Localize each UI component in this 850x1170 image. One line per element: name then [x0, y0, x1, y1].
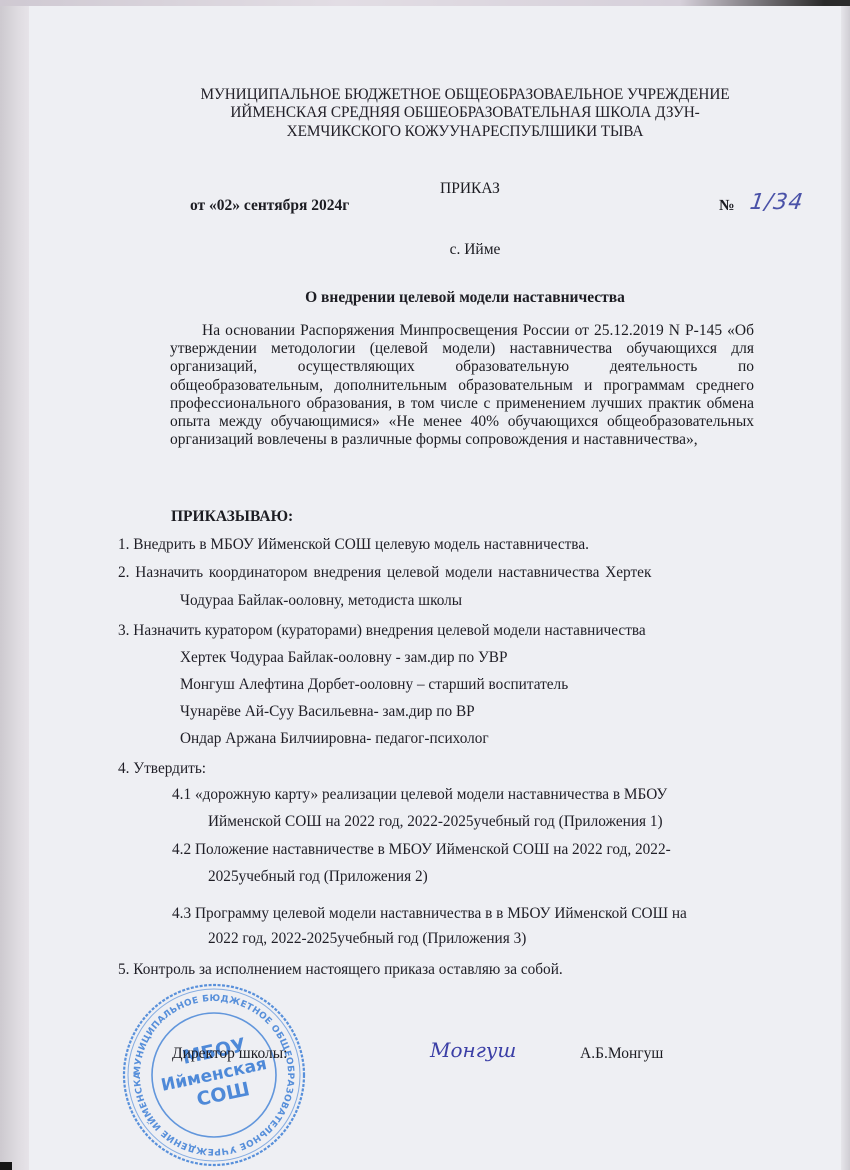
- order-item-5: 5. Контроль за исполнением настоящего пр…: [118, 961, 563, 979]
- curator-3: Чунарёве Ай-Суу Васильевна- зам.дир по В…: [180, 703, 475, 721]
- preamble-paragraph: На основании Распоряжения Минпросвещения…: [170, 322, 754, 449]
- signatory-name: А.Б.Монгуш: [580, 1045, 663, 1063]
- institution-header-line-1: МУНИЦИПАЛЬНОЕ БЮДЖЕТНОЕ ОБЩЕОБРАЗОВАЕЛЬН…: [120, 86, 810, 104]
- signatory-position: Директор школы:: [172, 1045, 287, 1063]
- scan-left-edge: [0, 6, 29, 1170]
- order-item-4-3-continued: 2022 год, 2022-2025учебный год (Приложен…: [208, 930, 526, 948]
- order-item-4-3: 4.3 Программу целевой модели наставничес…: [172, 905, 687, 923]
- institution-header-line-2: ИЙМЕНСКАЯ СРЕДНЯЯ ОБШЕОБРАЗОВАТЕЛЬНАЯ ШК…: [120, 104, 810, 122]
- order-number-label: №: [719, 197, 735, 215]
- curator-2: Монгуш Алефтина Дорбет-ооловну – старший…: [180, 676, 568, 694]
- curator-1: Хертек Чодураа Байлак-ооловну - зам.дир …: [180, 649, 508, 667]
- order-place: с. Ийме: [380, 241, 570, 259]
- order-item-4-1: 4.1 «дорожную карту» реализации целевой …: [172, 786, 667, 804]
- order-item-4-1-continued: Ийменской СОШ на 2022 год, 2022-2025учеб…: [208, 813, 663, 831]
- order-directive-heading: ПРИКАЗЫВАЮ:: [171, 508, 293, 526]
- institution-header-line-3: ХЕМЧИКСКОГО КОЖУУНАРЕСПУБЛШИКИ ТЫВА: [120, 123, 810, 141]
- order-item-4-2-continued: 2025учебный год (Приложения 2): [208, 868, 428, 886]
- order-item-2: 2. Назначить координатором внедрения цел…: [118, 564, 651, 582]
- order-subject: О внедрении целевой модели наставничеств…: [250, 289, 680, 307]
- curator-4: Ондар Аржана Билчиировна- педагог-психол…: [180, 730, 489, 748]
- order-item-2-continued: Чодураа Байлак-ооловну, методиста школы: [180, 592, 462, 610]
- order-item-3: 3. Назначить куратором (кураторами) внед…: [118, 622, 646, 640]
- order-item-1: 1. Внедрить в МБОУ Ийменской СОШ целевую…: [118, 536, 589, 554]
- order-item-4-2: 4.2 Положение наставничестве в МБОУ Ийме…: [172, 841, 671, 859]
- scan-corner: [0, 1162, 12, 1170]
- handwritten-signature: Монгуш: [430, 1038, 516, 1062]
- scan-right-edge: [841, 6, 850, 1170]
- order-number-handwritten: 1/34: [748, 190, 805, 215]
- order-item-4: 4. Утвердить:: [118, 760, 206, 778]
- official-stamp-icon: МУНИЦИПАЛЬНОЕ БЮДЖЕТНОЕ ОБЩЕОБРАЗОВАТЕЛЬ…: [119, 980, 309, 1170]
- order-date: от «02» сентября 2024г: [190, 197, 349, 215]
- order-title: ПРИКАЗ: [400, 180, 540, 198]
